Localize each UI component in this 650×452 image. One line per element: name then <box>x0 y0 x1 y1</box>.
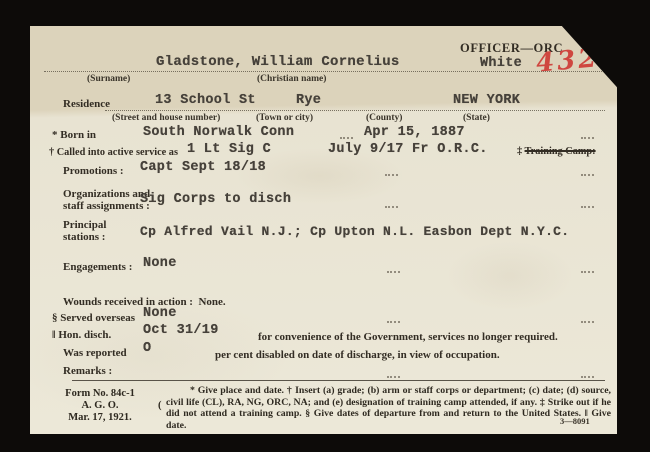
name-value: Gladstone, William Cornelius <box>156 54 400 70</box>
service-date-source-value: July 9/17 Fr O.R.C. <box>328 142 488 157</box>
hon-disch-label: ‖ Hon. disch. <box>52 330 111 342</box>
engagements-label: Engagements : <box>63 262 132 274</box>
dotted-leader <box>581 171 594 176</box>
state-column-label: (State) <box>463 113 490 123</box>
dotted-leader <box>581 268 594 273</box>
born-place-value: South Norwalk Conn <box>143 125 294 140</box>
residence-label: Residence <box>63 99 110 111</box>
dotted-leader <box>387 268 400 273</box>
dotted-leader <box>385 171 398 176</box>
form-number: Form No. 84c-1 <box>44 388 156 400</box>
scanned-record-card: OFFICER—ORC Gladstone, William Cornelius… <box>0 0 650 452</box>
called-into-service-label: † Called into active service as <box>49 148 178 159</box>
training-camp-symbol: ‡ <box>517 146 525 157</box>
dotted-leader <box>387 373 400 378</box>
residence-rule-line <box>105 108 605 111</box>
form-number-block: Form No. 84c-1 A. G. O. Mar. 17, 1921. <box>44 388 156 424</box>
hon-disch-note: for convenience of the Government, servi… <box>258 331 558 343</box>
engagements-value: None <box>143 256 177 271</box>
street-column-label: (Street and house number) <box>112 113 220 123</box>
card-number-handwritten: 432 <box>535 43 601 78</box>
served-overseas-value: None <box>143 306 177 321</box>
dotted-leader <box>581 373 594 378</box>
wounds-value: None. <box>198 296 225 308</box>
dotted-leader <box>581 203 594 208</box>
promotions-label: Promotions : <box>63 166 124 178</box>
principal-stations-value: Cp Alfred Vail N.J.; Cp Upton N.L. Easbo… <box>140 224 569 239</box>
footer-divider-line <box>72 380 605 381</box>
form-date: Mar. 17, 1921. <box>44 412 156 424</box>
born-in-label: * Born in <box>52 130 96 142</box>
training-camp-struck-text: Training Camp: <box>525 146 596 157</box>
service-record-card: OFFICER—ORC Gladstone, William Cornelius… <box>30 26 617 434</box>
served-overseas-label: § Served overseas <box>52 313 135 325</box>
print-code: 3—8091 <box>560 416 590 426</box>
dotted-leader <box>385 203 398 208</box>
footnote-instructions: * Give place and date. † Insert (a) grad… <box>166 385 611 431</box>
promotions-value: Capt Sept 18/18 <box>140 160 266 175</box>
born-date-value: Apr 15, 1887 <box>364 125 465 140</box>
town-column-label: (Town or city) <box>256 113 313 123</box>
disability-percent-value: O <box>143 341 151 356</box>
dotted-leader <box>387 318 400 323</box>
principal-stations-label: Principal stations : <box>63 220 121 243</box>
hon-disch-date-value: Oct 31/19 <box>143 323 219 338</box>
county-column-label: (County) <box>366 113 402 123</box>
footer-brace: ( <box>158 400 162 412</box>
name-rule-line <box>44 69 606 72</box>
service-grade-value: 1 Lt Sig C <box>187 142 271 157</box>
disability-note: per cent disabled on date of discharge, … <box>215 349 500 361</box>
residence-street-value: 13 School St <box>155 93 256 108</box>
dotted-leader <box>581 134 594 139</box>
christian-name-label: (Christian name) <box>257 74 326 84</box>
form-agency: A. G. O. <box>44 400 156 412</box>
dotted-leader <box>581 318 594 323</box>
organizations-value: Sig Corps to disch <box>140 192 291 207</box>
surname-label: (Surname) <box>87 74 130 84</box>
was-reported-label: Was reported <box>63 348 127 360</box>
dotted-leader <box>340 134 353 139</box>
residence-town-value: Rye <box>296 93 321 108</box>
training-camp-label: ‡ Training Camp: <box>517 147 596 158</box>
remarks-label: Remarks : <box>63 366 112 378</box>
residence-state-value: NEW YORK <box>453 93 520 108</box>
